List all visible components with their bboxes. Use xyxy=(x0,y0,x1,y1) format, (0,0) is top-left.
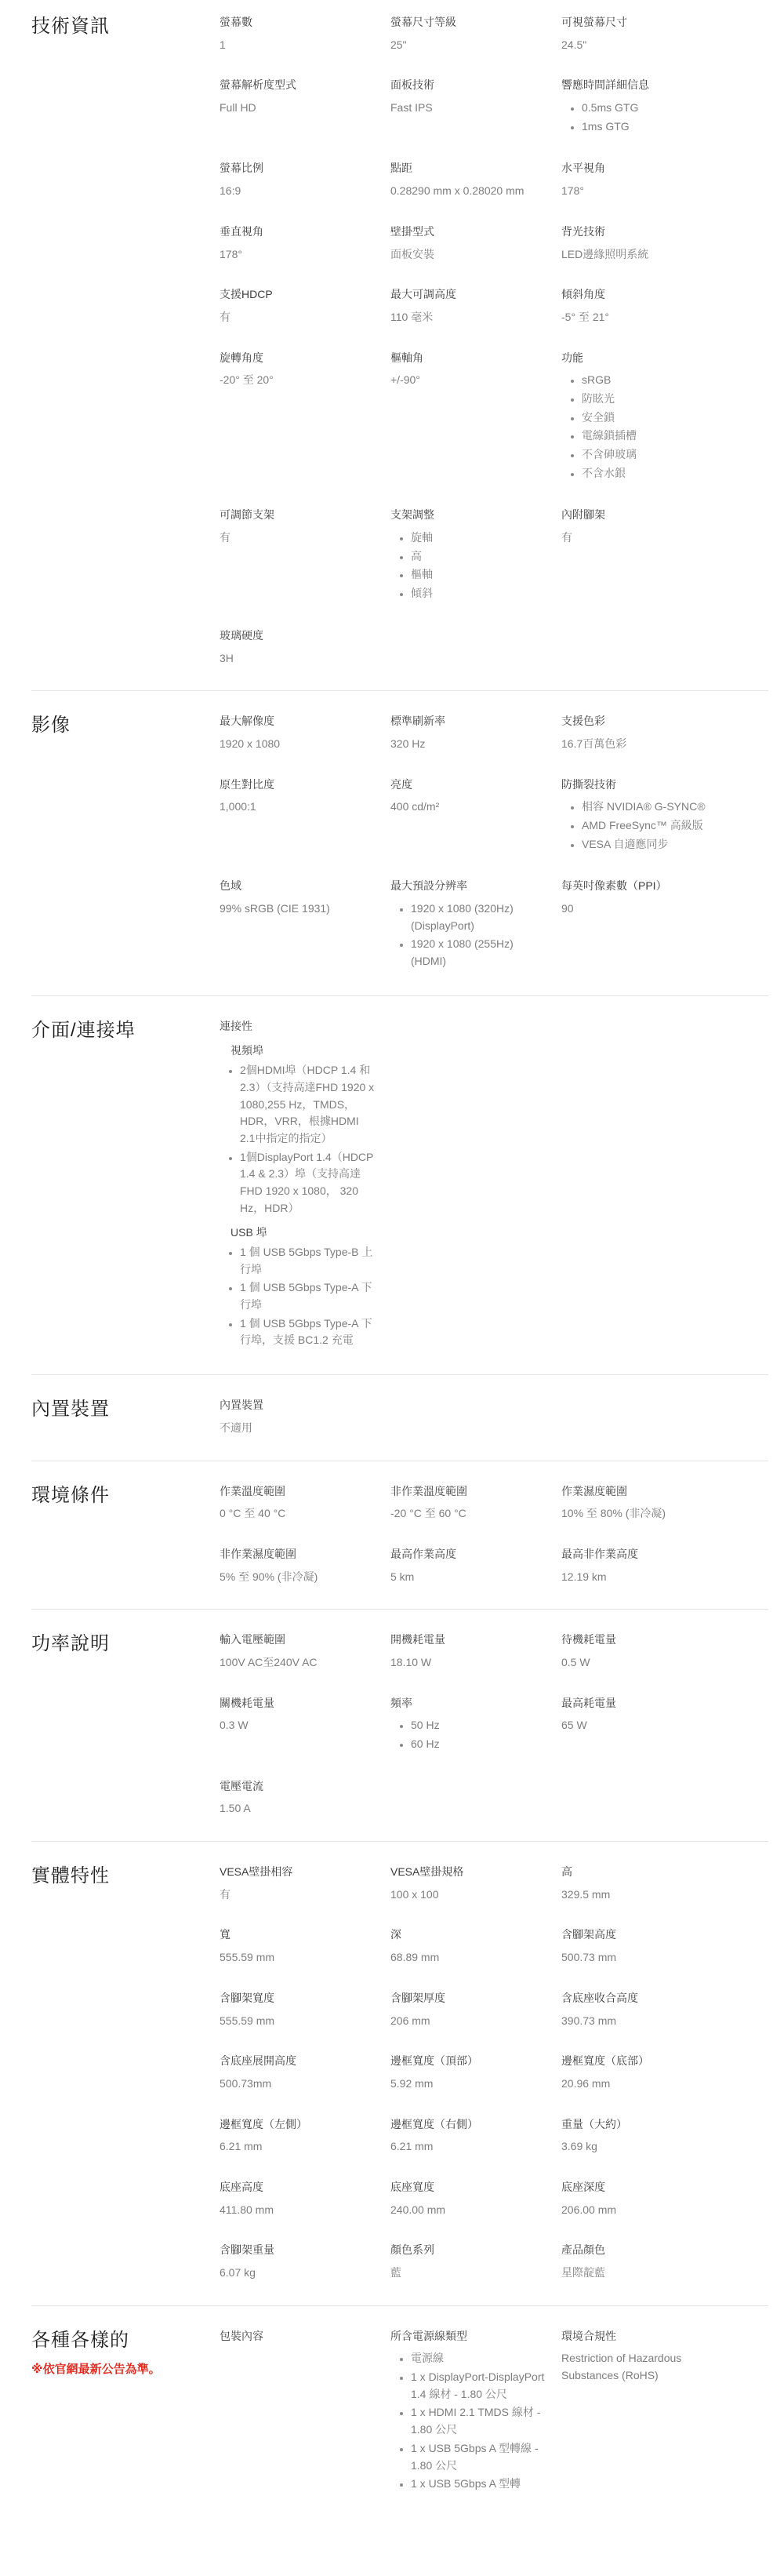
spec-bullet-item: 1 x DisplayPort-DisplayPort 1.4 線材 - 1.8… xyxy=(411,2369,547,2403)
section-title: 功率說明 xyxy=(31,1632,204,1657)
section-tech-info: 技術資訊螢幕數1螢幕尺寸等級25"可視螢幕尺寸24.5"螢幕解析度型式Full … xyxy=(31,5,768,690)
spec-item: 支援色彩16.7百萬色彩 xyxy=(561,713,718,752)
spec-value: 0.5 W xyxy=(561,1654,718,1672)
spec-value: 0.3 W xyxy=(220,1717,376,1734)
spec-item: 輸入電壓範圍100V AC至240V AC xyxy=(220,1632,376,1671)
spec-bullet-list: 相容 NVIDIA® G-SYNC®AMD FreeSync™ 高級版VESA … xyxy=(561,799,718,853)
spec-label: 底座寬度 xyxy=(390,2179,547,2196)
spec-value: 有 xyxy=(220,529,376,547)
section-interface-ports: 介面/連接埠連接性視頻埠2個HDMI埠（HDCP 1.4 和2.3）（支持高達F… xyxy=(31,995,768,1374)
spec-label: 顏色系列 xyxy=(390,2242,547,2259)
spec-item: 防撕裂技術相容 NVIDIA® G-SYNC®AMD FreeSync™ 高級版… xyxy=(561,777,718,855)
spec-item: 邊框寬度（底部）20.96 mm xyxy=(561,2053,718,2092)
spec-item: 螢幕數1 xyxy=(220,14,376,53)
spec-label: 包裝內容 xyxy=(220,2328,376,2345)
spec-value: 206 mm xyxy=(390,2013,547,2030)
spec-label: 垂直視角 xyxy=(220,224,376,241)
spec-value: 有 xyxy=(220,1887,376,1904)
spec-value: 6.21 mm xyxy=(220,2138,376,2156)
spec-item: 亮度400 cd/m² xyxy=(390,777,547,855)
spec-label: VESA壁掛規格 xyxy=(390,1864,547,1881)
section-title-column: 內置裝置 xyxy=(31,1397,220,1422)
spec-label: 玻璃硬度 xyxy=(220,628,376,645)
spec-item: 邊框寬度（頂部）5.92 mm xyxy=(390,2053,547,2092)
spec-value: 555.59 mm xyxy=(220,1949,376,1967)
spec-value: 110 毫米 xyxy=(390,309,547,326)
spec-label: 功能 xyxy=(561,350,718,367)
spec-bullet-item: 2個HDMI埠（HDCP 1.4 和2.3）（支持高達FHD 1920 x 10… xyxy=(240,1062,376,1147)
spec-bullet-item: VESA 自適應同步 xyxy=(582,836,718,853)
spec-label: 螢幕比例 xyxy=(220,160,376,177)
spec-label: 含腳架高度 xyxy=(561,1927,718,1944)
spec-label: 最大解像度 xyxy=(220,713,376,730)
spec-item: 底座高度411.80 mm xyxy=(220,2179,376,2218)
spec-label: 寬 xyxy=(220,1927,376,1944)
spec-item: 原生對比度1,000:1 xyxy=(220,777,376,855)
spec-value: 1 xyxy=(220,37,376,54)
spec-item: 傾斜角度-5° 至 21° xyxy=(561,286,718,326)
spec-sublabel: 視頻埠 xyxy=(230,1042,376,1060)
spec-label: 傾斜角度 xyxy=(561,286,718,304)
spec-value: 不適用 xyxy=(220,1420,376,1437)
section-title-column: 環境條件 xyxy=(31,1483,220,1508)
spec-item: 點距0.28290 mm x 0.28020 mm xyxy=(390,160,547,199)
official-announcement-note: ※依官網最新公告為準。 xyxy=(31,2361,204,2379)
section-built-in-devices: 內置裝置內置裝置不適用 xyxy=(31,1374,768,1460)
spec-bullet-item: 高 xyxy=(411,548,547,566)
spec-item: 最大可調高度110 毫米 xyxy=(390,286,547,326)
spec-label: 背光技術 xyxy=(561,224,718,241)
section-environment: 環境條件作業溫度範圍0 °C 至 40 °C非作業溫度範圍-20 °C 至 60… xyxy=(31,1461,768,1610)
spec-value: 5.92 mm xyxy=(390,2076,547,2093)
spec-label: 每英吋像素數（PPI） xyxy=(561,878,718,895)
spec-item: VESA壁掛相容有 xyxy=(220,1864,376,1903)
spec-item: 所含電源線類型電源線1 x DisplayPort-DisplayPort 1.… xyxy=(390,2328,547,2494)
section-spec-grid: 螢幕數1螢幕尺寸等級25"可視螢幕尺寸24.5"螢幕解析度型式Full HD面板… xyxy=(220,14,718,667)
spec-item: 背光技術LED邊緣照明系統 xyxy=(561,224,718,263)
spec-item: 旋轉角度-20° 至 20° xyxy=(220,350,376,484)
spec-value: 320 Hz xyxy=(390,736,547,753)
spec-item: 色域99% sRGB (CIE 1931) xyxy=(220,878,376,971)
spec-item: 邊框寬度（右側）6.21 mm xyxy=(390,2116,547,2156)
spec-item: 可視螢幕尺寸24.5" xyxy=(561,14,718,53)
section-display-image: 影像最大解像度1920 x 1080標準刷新率320 Hz支援色彩16.7百萬色… xyxy=(31,690,768,995)
spec-item: 玻璃硬度3H xyxy=(220,628,376,667)
spec-item: 功能sRGB防眩光安全鎖電線鎖插槽不含砷玻璃不含水銀 xyxy=(561,350,718,484)
spec-label: 開機耗電量 xyxy=(390,1632,547,1649)
spec-item: 最大預設分辨率1920 x 1080 (320Hz) (DisplayPort)… xyxy=(390,878,547,971)
spec-item: 含底座收合高度390.73 mm xyxy=(561,1990,718,2029)
spec-item: 頻率50 Hz60 Hz xyxy=(390,1695,547,1755)
spec-item: 包裝內容 xyxy=(220,2328,376,2494)
section-spec-grid: 作業溫度範圍0 °C 至 40 °C非作業溫度範圍-20 °C 至 60 °C作… xyxy=(220,1483,718,1586)
spec-bullet-item: 相容 NVIDIA® G-SYNC® xyxy=(582,799,718,816)
spec-bullet-item: 1 個 USB 5Gbps Type-A 下行埠 xyxy=(240,1279,376,1313)
section-title-column: 實體特性 xyxy=(31,1864,220,1889)
spec-value: 206.00 mm xyxy=(561,2202,718,2219)
spec-item: 含腳架高度500.73 mm xyxy=(561,1927,718,1966)
spec-label: 作業溫度範圍 xyxy=(220,1483,376,1501)
spec-item: 最大解像度1920 x 1080 xyxy=(220,713,376,752)
spec-value: 1.50 A xyxy=(220,1800,376,1817)
spec-value: LED邊緣照明系統 xyxy=(561,246,718,264)
spec-bullet-item: AMD FreeSync™ 高級版 xyxy=(582,817,718,835)
spec-value: 20.96 mm xyxy=(561,2076,718,2093)
spec-label: 內附腳架 xyxy=(561,507,718,524)
section-title: 實體特性 xyxy=(31,1864,204,1889)
spec-item: 每英吋像素數（PPI）90 xyxy=(561,878,718,971)
spec-label: 輸入電壓範圍 xyxy=(220,1632,376,1649)
spec-label: 點距 xyxy=(390,160,547,177)
spec-item: 重量（大約）3.69 kg xyxy=(561,2116,718,2156)
section-title: 環境條件 xyxy=(31,1483,204,1508)
spec-value: Restriction of Hazardous Substances (RoH… xyxy=(561,2350,718,2384)
spec-label: 邊框寬度（底部） xyxy=(561,2053,718,2070)
spec-item: VESA壁掛規格100 x 100 xyxy=(390,1864,547,1903)
spec-value: 390.73 mm xyxy=(561,2013,718,2030)
spec-label: 防撕裂技術 xyxy=(561,777,718,794)
spec-value: 500.73 mm xyxy=(561,1949,718,1967)
section-power: 功率說明輸入電壓範圍100V AC至240V AC開機耗電量18.10 W待機耗… xyxy=(31,1609,768,1841)
section-title: 內置裝置 xyxy=(31,1397,204,1422)
spec-item: 含腳架厚度206 mm xyxy=(390,1990,547,2029)
spec-item: 關機耗電量0.3 W xyxy=(220,1695,376,1755)
spec-label: 標準刷新率 xyxy=(390,713,547,730)
spec-value: 178° xyxy=(220,246,376,264)
spec-value: 68.89 mm xyxy=(390,1949,547,1967)
spec-label: 電壓電流 xyxy=(220,1778,376,1796)
spec-label: 水平視角 xyxy=(561,160,718,177)
spec-label: 內置裝置 xyxy=(220,1397,376,1414)
spec-bullet-list: sRGB防眩光安全鎖電線鎖插槽不含砷玻璃不含水銀 xyxy=(561,372,718,482)
spec-item: 水平視角178° xyxy=(561,160,718,199)
spec-value: 12.19 km xyxy=(561,1569,718,1586)
spec-label: 原生對比度 xyxy=(220,777,376,794)
spec-value: 24.5" xyxy=(561,37,718,54)
spec-bullet-item: 樞軸 xyxy=(411,566,547,584)
spec-value: 411.80 mm xyxy=(220,2202,376,2219)
spec-item: 非作業濕度範圍5% 至 90% (非冷凝) xyxy=(220,1546,376,1585)
spec-bullet-item: 1 個 USB 5Gbps Type-B 上行埠 xyxy=(240,1244,376,1278)
spec-label: 產品顏色 xyxy=(561,2242,718,2259)
spec-item: 含底座展開高度500.73mm xyxy=(220,2053,376,2092)
spec-item: 最高耗電量65 W xyxy=(561,1695,718,1755)
spec-item: 可調節支架有 xyxy=(220,507,376,603)
spec-value: 100V AC至240V AC xyxy=(220,1654,376,1672)
spec-item: 非作業溫度範圍-20 °C 至 60 °C xyxy=(390,1483,547,1523)
spec-label: 響應時間詳細信息 xyxy=(561,77,718,94)
spec-label: 邊框寬度（頂部） xyxy=(390,2053,547,2070)
spec-bullet-item: 1920 x 1080 (255Hz) (HDMI) xyxy=(411,936,547,970)
spec-value: 400 cd/m² xyxy=(390,799,547,816)
spec-label: 待機耗電量 xyxy=(561,1632,718,1649)
spec-label: 面板技術 xyxy=(390,77,547,94)
spec-item: 底座寬度240.00 mm xyxy=(390,2179,547,2218)
section-spec-grid: 連接性視頻埠2個HDMI埠（HDCP 1.4 和2.3）（支持高達FHD 192… xyxy=(220,1018,718,1351)
section-physical: 實體特性VESA壁掛相容有VESA壁掛規格100 x 100高329.5 mm寬… xyxy=(31,1841,768,2305)
spec-value: 240.00 mm xyxy=(390,2202,547,2219)
spec-value: 3H xyxy=(220,650,376,668)
section-title: 影像 xyxy=(31,713,204,738)
spec-bullet-item: 1 個 USB 5Gbps Type-A 下行埠，支援 BC1.2 充電 xyxy=(240,1315,376,1349)
spec-bullet-list: 電源線1 x DisplayPort-DisplayPort 1.4 線材 - … xyxy=(390,2350,547,2493)
spec-bullet-item: 不含水銀 xyxy=(582,465,718,482)
spec-value: 99% sRGB (CIE 1931) xyxy=(220,901,376,918)
section-title: 技術資訊 xyxy=(31,14,204,39)
spec-label: 最大可調高度 xyxy=(390,286,547,304)
spec-item: 電壓電流1.50 A xyxy=(220,1778,376,1817)
spec-item: 連接性視頻埠2個HDMI埠（HDCP 1.4 和2.3）（支持高達FHD 192… xyxy=(220,1018,376,1351)
section-spec-grid: 最大解像度1920 x 1080標準刷新率320 Hz支援色彩16.7百萬色彩原… xyxy=(220,713,718,972)
spec-bullet-item: 1 x USB 5Gbps A 型轉線 - 1.80 公尺 xyxy=(411,2440,547,2474)
spec-item: 樞軸角+/-90° xyxy=(390,350,547,484)
spec-value: 100 x 100 xyxy=(390,1887,547,1904)
spec-item: 壁掛型式面板安裝 xyxy=(390,224,547,263)
spec-value: 178° xyxy=(561,183,718,200)
spec-item: 高329.5 mm xyxy=(561,1864,718,1903)
spec-label: 最高非作業高度 xyxy=(561,1546,718,1563)
spec-value: 1920 x 1080 xyxy=(220,736,376,753)
spec-label: 旋轉角度 xyxy=(220,350,376,367)
spec-label: 最高耗電量 xyxy=(561,1695,718,1712)
spec-bullet-item: 旋軸 xyxy=(411,529,547,547)
section-title-column: 影像 xyxy=(31,713,220,738)
spec-label: 最大預設分辨率 xyxy=(390,878,547,895)
spec-value: 10% 至 80% (非冷凝) xyxy=(561,1505,718,1523)
spec-label: 螢幕數 xyxy=(220,14,376,31)
spec-value: 90 xyxy=(561,901,718,918)
spec-label: 亮度 xyxy=(390,777,547,794)
spec-item: 面板技術Fast IPS xyxy=(390,77,547,136)
spec-bullet-item: 電線鎖插槽 xyxy=(582,428,718,445)
section-title: 各種各樣的 xyxy=(31,2328,204,2353)
spec-subgroup: USB 埠1 個 USB 5Gbps Type-B 上行埠1 個 USB 5Gb… xyxy=(220,1224,376,1349)
spec-bullet-list: 2個HDMI埠（HDCP 1.4 和2.3）（支持高達FHD 1920 x 10… xyxy=(220,1062,376,1217)
spec-label: 含腳架厚度 xyxy=(390,1990,547,2007)
spec-label: 含底座展開高度 xyxy=(220,2053,376,2070)
spec-item: 顏色系列藍 xyxy=(390,2242,547,2281)
spec-label: 支援HDCP xyxy=(220,286,376,304)
spec-value: 藍 xyxy=(390,2265,547,2282)
spec-item: 螢幕解析度型式Full HD xyxy=(220,77,376,136)
spec-label: 高 xyxy=(561,1864,718,1881)
spec-item: 環境合規性Restriction of Hazardous Substances… xyxy=(561,2328,718,2494)
spec-bullet-item: 傾斜 xyxy=(411,585,547,602)
spec-label: 環境合規性 xyxy=(561,2328,718,2345)
spec-value: 65 W xyxy=(561,1717,718,1734)
spec-bullet-item: 安全鎖 xyxy=(582,409,718,427)
spec-value: 有 xyxy=(220,309,376,326)
spec-value: 500.73mm xyxy=(220,2076,376,2093)
spec-label: 含底座收合高度 xyxy=(561,1990,718,2007)
spec-bullet-item: 1920 x 1080 (320Hz) (DisplayPort) xyxy=(411,901,547,934)
spec-sheet-page: 技術資訊螢幕數1螢幕尺寸等級25"可視螢幕尺寸24.5"螢幕解析度型式Full … xyxy=(0,0,784,2576)
spec-bullet-item: 不含砷玻璃 xyxy=(582,446,718,464)
spec-label: 螢幕解析度型式 xyxy=(220,77,376,94)
section-title-column: 介面/連接埠 xyxy=(31,1018,220,1043)
spec-item: 待機耗電量0.5 W xyxy=(561,1632,718,1671)
spec-value: 18.10 W xyxy=(390,1654,547,1672)
section-misc: 各種各樣的※依官網最新公告為準。包裝內容所含電源線類型電源線1 x Displa… xyxy=(31,2305,768,2518)
spec-label: 所含電源線類型 xyxy=(390,2328,547,2345)
spec-label: 可調節支架 xyxy=(220,507,376,524)
section-spec-grid: VESA壁掛相容有VESA壁掛規格100 x 100高329.5 mm寬555.… xyxy=(220,1864,718,2282)
spec-bullet-list: 0.5ms GTG1ms GTG xyxy=(561,100,718,135)
spec-value: 5 km xyxy=(390,1569,547,1586)
spec-sublabel: USB 埠 xyxy=(230,1224,376,1242)
spec-label: VESA壁掛相容 xyxy=(220,1864,376,1881)
spec-item: 含腳架重量6.07 kg xyxy=(220,2242,376,2281)
spec-item: 深68.89 mm xyxy=(390,1927,547,1966)
spec-label: 螢幕尺寸等級 xyxy=(390,14,547,31)
spec-label: 底座深度 xyxy=(561,2179,718,2196)
spec-value: 16:9 xyxy=(220,183,376,200)
spec-item: 響應時間詳細信息0.5ms GTG1ms GTG xyxy=(561,77,718,136)
spec-label: 最高作業高度 xyxy=(390,1546,547,1563)
spec-label: 底座高度 xyxy=(220,2179,376,2196)
spec-label: 非作業濕度範圍 xyxy=(220,1546,376,1563)
spec-bullet-list: 旋軸高樞軸傾斜 xyxy=(390,529,547,602)
spec-label: 可視螢幕尺寸 xyxy=(561,14,718,31)
spec-label: 深 xyxy=(390,1927,547,1944)
spec-value: 0 °C 至 40 °C xyxy=(220,1505,376,1523)
spec-item: 支架調整旋軸高樞軸傾斜 xyxy=(390,507,547,603)
spec-item: 內置裝置不適用 xyxy=(220,1397,376,1436)
spec-bullet-item: sRGB xyxy=(582,372,718,389)
spec-label: 頻率 xyxy=(390,1695,547,1712)
spec-item: 垂直視角178° xyxy=(220,224,376,263)
spec-item: 作業濕度範圍10% 至 80% (非冷凝) xyxy=(561,1483,718,1523)
spec-value: -5° 至 21° xyxy=(561,309,718,326)
spec-bullet-item: 防眩光 xyxy=(582,391,718,408)
spec-item: 螢幕比例16:9 xyxy=(220,160,376,199)
spec-value: Full HD xyxy=(220,100,376,117)
spec-value: 星際靛藍 xyxy=(561,2265,718,2282)
section-spec-grid: 包裝內容所含電源線類型電源線1 x DisplayPort-DisplayPor… xyxy=(220,2328,718,2494)
spec-item: 含腳架寬度555.59 mm xyxy=(220,1990,376,2029)
spec-label: 重量（大約） xyxy=(561,2116,718,2134)
spec-label: 邊框寬度（右側） xyxy=(390,2116,547,2134)
spec-label: 支架調整 xyxy=(390,507,547,524)
spec-item: 產品顏色星際靛藍 xyxy=(561,2242,718,2281)
spec-value: +/-90° xyxy=(390,372,547,389)
spec-item: 內附腳架有 xyxy=(561,507,718,603)
spec-item: 底座深度206.00 mm xyxy=(561,2179,718,2218)
spec-label: 含腳架重量 xyxy=(220,2242,376,2259)
spec-bullet-item: 0.5ms GTG xyxy=(582,100,718,117)
section-title-column: 技術資訊 xyxy=(31,14,220,39)
section-title-column: 功率說明 xyxy=(31,1632,220,1657)
spec-value: 16.7百萬色彩 xyxy=(561,736,718,753)
spec-item: 作業溫度範圍0 °C 至 40 °C xyxy=(220,1483,376,1523)
spec-subgroup: 視頻埠2個HDMI埠（HDCP 1.4 和2.3）（支持高達FHD 1920 x… xyxy=(220,1042,376,1217)
spec-bullet-item: 電源線 xyxy=(411,2350,547,2367)
spec-bullet-list: 50 Hz60 Hz xyxy=(390,1717,547,1752)
spec-value: -20° 至 20° xyxy=(220,372,376,389)
spec-item: 標準刷新率320 Hz xyxy=(390,713,547,752)
spec-item: 螢幕尺寸等級25" xyxy=(390,14,547,53)
spec-bullet-item: 60 Hz xyxy=(411,1736,547,1753)
section-spec-grid: 輸入電壓範圍100V AC至240V AC開機耗電量18.10 W待機耗電量0.… xyxy=(220,1632,718,1817)
spec-value: 有 xyxy=(561,529,718,547)
spec-label: 樞軸角 xyxy=(390,350,547,367)
spec-value: 面板安裝 xyxy=(390,246,547,264)
section-title-column: 各種各樣的※依官網最新公告為準。 xyxy=(31,2328,220,2379)
spec-item: 最高非作業高度12.19 km xyxy=(561,1546,718,1585)
spec-label: 支援色彩 xyxy=(561,713,718,730)
spec-bullet-list: 1 個 USB 5Gbps Type-B 上行埠1 個 USB 5Gbps Ty… xyxy=(220,1244,376,1349)
spec-value: -20 °C 至 60 °C xyxy=(390,1505,547,1523)
spec-label: 色域 xyxy=(220,878,376,895)
spec-bullet-item: 1 x HDMI 2.1 TMDS 線材 - 1.80 公尺 xyxy=(411,2404,547,2438)
spec-label: 含腳架寬度 xyxy=(220,1990,376,2007)
spec-value: Fast IPS xyxy=(390,100,547,117)
spec-label: 非作業溫度範圍 xyxy=(390,1483,547,1501)
spec-value: 3.69 kg xyxy=(561,2138,718,2156)
spec-value: 6.07 kg xyxy=(220,2265,376,2282)
spec-value: 6.21 mm xyxy=(390,2138,547,2156)
spec-item: 寬555.59 mm xyxy=(220,1927,376,1966)
spec-label: 壁掛型式 xyxy=(390,224,547,241)
spec-item: 邊框寬度（左側）6.21 mm xyxy=(220,2116,376,2156)
spec-value: 1,000:1 xyxy=(220,799,376,816)
spec-value: 25" xyxy=(390,37,547,54)
spec-bullet-item: 1 x USB 5Gbps A 型轉 xyxy=(411,2476,547,2493)
spec-item: 最高作業高度5 km xyxy=(390,1546,547,1585)
spec-item: 支援HDCP有 xyxy=(220,286,376,326)
spec-value: 555.59 mm xyxy=(220,2013,376,2030)
section-spec-grid: 內置裝置不適用 xyxy=(220,1397,718,1436)
section-title: 介面/連接埠 xyxy=(31,1018,204,1043)
spec-label: 連接性 xyxy=(220,1018,376,1035)
spec-bullet-item: 1ms GTG xyxy=(582,118,718,136)
spec-sections-container: 技術資訊螢幕數1螢幕尺寸等級25"可視螢幕尺寸24.5"螢幕解析度型式Full … xyxy=(31,5,768,2518)
spec-bullet-item: 1個DisplayPort 1.4（HDCP 1.4 & 2.3）埠（支持高達F… xyxy=(240,1149,376,1217)
spec-label: 作業濕度範圍 xyxy=(561,1483,718,1501)
spec-value: 329.5 mm xyxy=(561,1887,718,1904)
spec-value: 5% 至 90% (非冷凝) xyxy=(220,1569,376,1586)
spec-item: 開機耗電量18.10 W xyxy=(390,1632,547,1671)
spec-label: 關機耗電量 xyxy=(220,1695,376,1712)
spec-label: 邊框寬度（左側） xyxy=(220,2116,376,2134)
spec-value: 0.28290 mm x 0.28020 mm xyxy=(390,183,547,200)
spec-bullet-item: 50 Hz xyxy=(411,1717,547,1734)
spec-bullet-list: 1920 x 1080 (320Hz) (DisplayPort)1920 x … xyxy=(390,901,547,970)
